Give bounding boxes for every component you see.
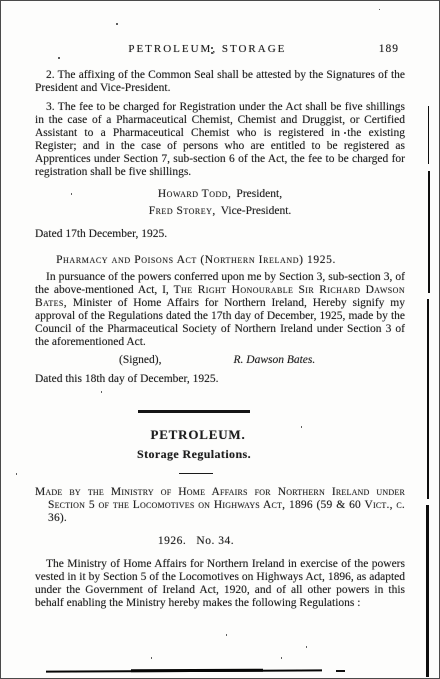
clause-3-paragraph: 3. The fee to be charged for Registratio… [35,101,405,179]
subtitle-divider [179,473,213,475]
scan-speck [16,473,17,475]
made-by-heading: Made by the Ministry of Home Affairs for… [35,486,405,525]
scan-artifact-dash [336,670,345,672]
approval-paragraph: In pursuance of the powers conferred upo… [35,271,405,349]
scan-artifact-bottom-line [131,669,263,672]
scanned-document-page: { "colors": { "paper": "#fdfdfc", "ink":… [0,0,440,679]
signed-name: R. Dawson Bates. [233,354,315,367]
signed-label: (Signed), [119,354,161,367]
scan-speck [58,57,60,59]
president-name: Howard Todd, [158,188,232,200]
president-title: President, [236,188,282,200]
scan-speck [379,9,380,10]
scan-speck [281,657,282,659]
preamble-paragraph: The Ministry of Home Affairs for Norther… [35,558,405,610]
vice-president-title: Vice-President. [221,205,292,217]
scan-speck [301,426,302,428]
scan-speck [344,132,346,134]
vice-president-name: Fred Storey, [149,205,216,217]
scan-artifact-vertical-line [426,505,429,677]
scan-speck [101,391,102,393]
dated-line-17-december: Dated 17th December, 1925. [35,228,405,241]
scan-artifact-vertical-line [427,299,429,499]
page-number: 189 [379,43,399,56]
approval-text-post: Minister of Home Affairs for Northern Ir… [35,297,405,348]
scan-speck [226,634,227,636]
petroleum-title: PETROLEUM. [13,428,383,441]
scan-speck [306,646,307,648]
signature-block: Howard Todd,President, Fred Storey,Vice-… [35,186,405,220]
scan-speck [151,657,152,659]
dated-line-18-december: Dated this 18th day of December, 1925. [35,373,405,386]
signed-row: (Signed), R. Dawson Bates. [35,354,405,367]
president-signature: Howard Todd,President, [35,186,405,203]
section-divider [138,410,250,413]
scan-speck [116,23,118,25]
vice-president-signature: Fred Storey,Vice-President. [35,203,405,220]
scan-speck [71,193,72,195]
scan-artifact-vertical-line [428,171,430,293]
statutory-rule-number: 1926. No. 34. [11,535,381,548]
scan-speck [211,47,213,49]
storage-regulations-subtitle: Storage Regulations. [9,448,379,461]
running-header: PETROLEUM, STORAGE 189 [35,43,405,57]
running-title: PETROLEUM, STORAGE [128,43,286,56]
scan-speck [211,52,213,54]
page-body: PETROLEUM, STORAGE 189 2. The affixing o… [35,43,405,610]
act-heading: Pharmacy and Poisons Act (Northern Irela… [11,254,381,267]
clause-2-paragraph: 2. The affixing of the Common Seal shall… [35,69,405,95]
scan-artifact-vertical-line [428,106,429,164]
